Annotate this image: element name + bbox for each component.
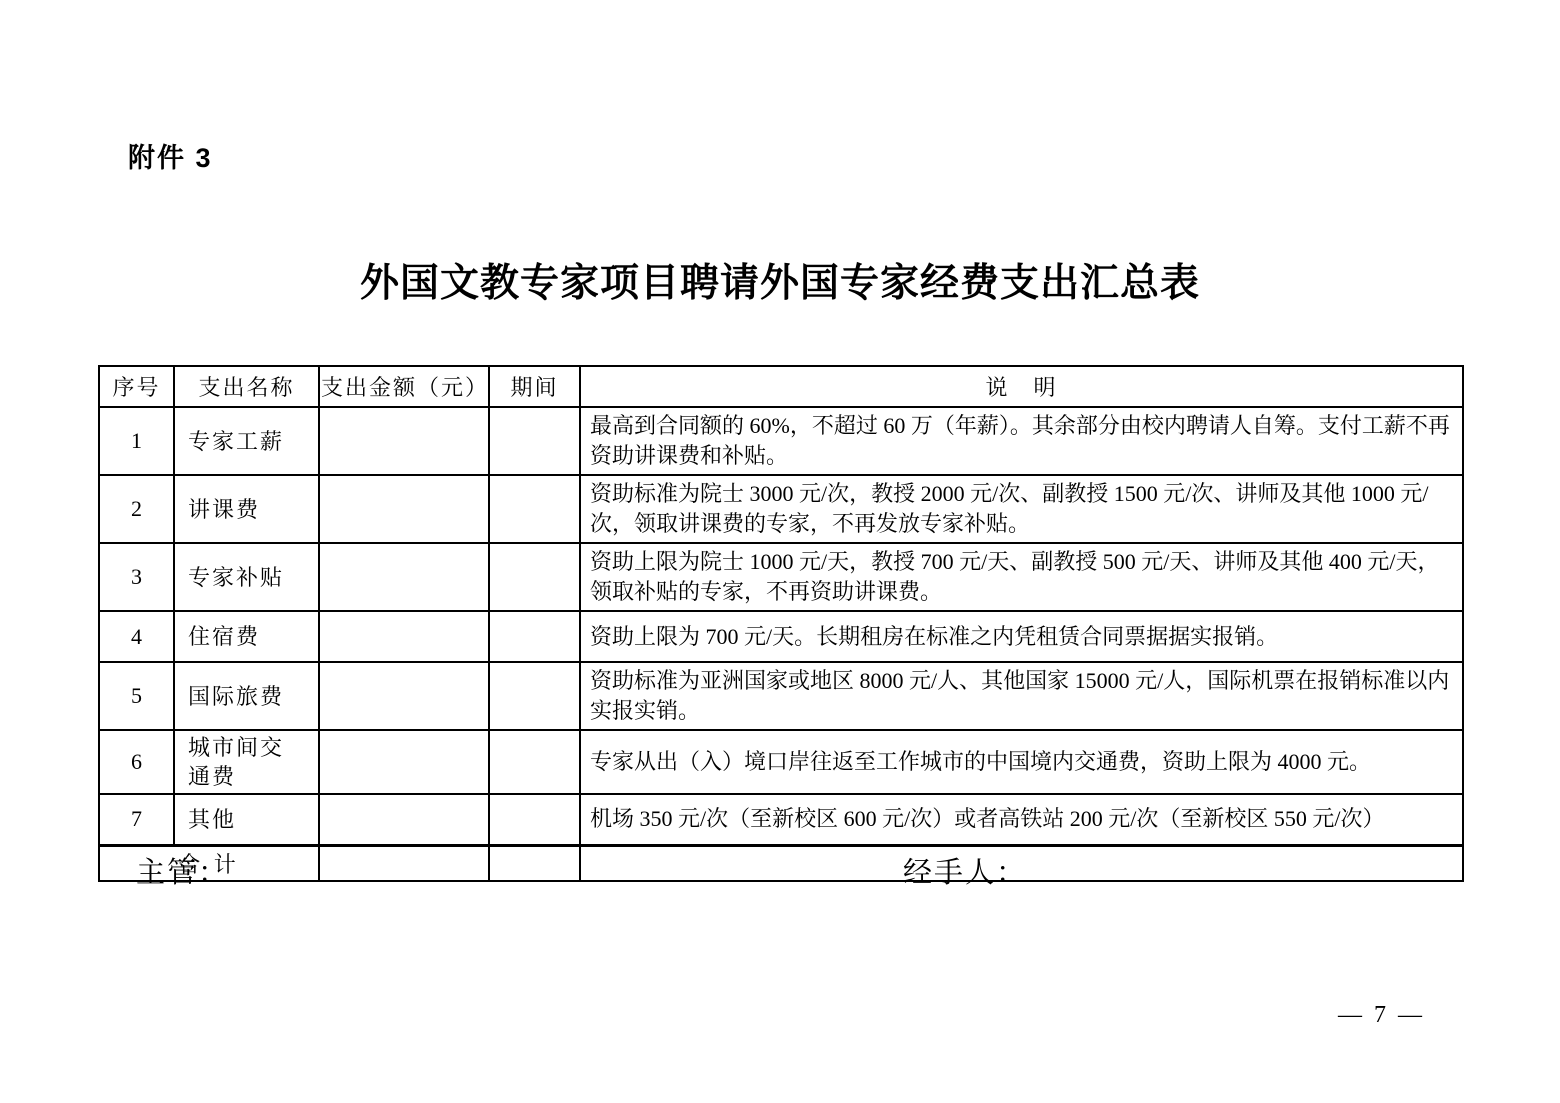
row-period	[489, 730, 580, 794]
table-row: 1 专家工薪 最高到合同额的 60%，不超过 60 万（年薪）。其余部分由校内聘…	[99, 407, 1463, 475]
col-header-period: 期间	[489, 366, 580, 407]
row-amount	[319, 543, 489, 611]
table-total-row: 合 计	[99, 845, 1463, 881]
row-period	[489, 407, 580, 475]
row-no: 4	[99, 611, 174, 662]
row-expense-name: 住宿费	[174, 611, 319, 662]
row-note: 机场 350 元/次（至新校区 600 元/次）或者高铁站 200 元/次（至新…	[580, 794, 1463, 845]
attachment-label: 附件 3	[128, 136, 213, 175]
table-row: 4 住宿费 资助上限为 700 元/天。长期租房在标准之内凭租赁合同票据据实报销…	[99, 611, 1463, 662]
table-row: 3 专家补贴 资助上限为院士 1000 元/天，教授 700 元/天、副教授 5…	[99, 543, 1463, 611]
table-row: 5 国际旅费 资助标准为亚洲国家或地区 8000 元/人、其他国家 15000 …	[99, 662, 1463, 730]
row-amount	[319, 662, 489, 730]
row-expense-name: 其他	[174, 794, 319, 845]
row-amount	[319, 475, 489, 543]
row-no: 2	[99, 475, 174, 543]
row-no: 5	[99, 662, 174, 730]
row-expense-name: 讲课费	[174, 475, 319, 543]
row-period	[489, 475, 580, 543]
row-period	[489, 611, 580, 662]
expense-summary-table: 序号 支出名称 支出金额（元） 期间 说 明 1 专家工薪 最高到合同额的 60…	[98, 365, 1464, 882]
row-expense-name: 国际旅费	[174, 662, 319, 730]
row-note: 资助上限为院士 1000 元/天，教授 700 元/天、副教授 500 元/天、…	[580, 543, 1463, 611]
table-header-row: 序号 支出名称 支出金额（元） 期间 说 明	[99, 366, 1463, 407]
row-note: 专家从出（入）境口岸往返至工作城市的中国境内交通费，资助上限为 4000 元。	[580, 730, 1463, 794]
row-expense-name: 专家补贴	[174, 543, 319, 611]
table-row: 7 其他 机场 350 元/次（至新校区 600 元/次）或者高铁站 200 元…	[99, 794, 1463, 845]
row-period	[489, 543, 580, 611]
row-note: 资助标准为院士 3000 元/次，教授 2000 元/次、副教授 1500 元/…	[580, 475, 1463, 543]
col-header-no: 序号	[99, 366, 174, 407]
row-no: 1	[99, 407, 174, 475]
row-note: 资助上限为 700 元/天。长期租房在标准之内凭租赁合同票据据实报销。	[580, 611, 1463, 662]
row-note: 最高到合同额的 60%，不超过 60 万（年薪）。其余部分由校内聘请人自筹。支付…	[580, 407, 1463, 475]
row-expense-name: 城市间交通费	[174, 730, 319, 794]
page-title: 外国文教专家项目聘请外国专家经费支出汇总表	[0, 252, 1560, 308]
total-amount	[319, 845, 489, 881]
row-no: 3	[99, 543, 174, 611]
col-header-name: 支出名称	[174, 366, 319, 407]
row-no: 7	[99, 794, 174, 845]
col-header-note: 说 明	[580, 366, 1463, 407]
col-header-amount: 支出金额（元）	[319, 366, 489, 407]
document-page: 附件 3 外国文教专家项目聘请外国专家经费支出汇总表 序号 支出名称 支出金额（…	[0, 0, 1560, 1103]
table-row: 6 城市间交通费 专家从出（入）境口岸往返至工作城市的中国境内交通费，资助上限为…	[99, 730, 1463, 794]
row-amount	[319, 611, 489, 662]
row-note: 资助标准为亚洲国家或地区 8000 元/人、其他国家 15000 元/人，国际机…	[580, 662, 1463, 730]
row-no: 6	[99, 730, 174, 794]
row-amount	[319, 794, 489, 845]
total-period	[489, 845, 580, 881]
page-number: — 7 —	[1338, 1002, 1425, 1029]
supervisor-signature-label: 主管：	[136, 850, 229, 891]
row-expense-name: 专家工薪	[174, 407, 319, 475]
row-period	[489, 794, 580, 845]
row-amount	[319, 407, 489, 475]
row-amount	[319, 730, 489, 794]
handler-signature-label: 经手人：	[903, 850, 1027, 891]
row-period	[489, 662, 580, 730]
table-row: 2 讲课费 资助标准为院士 3000 元/次，教授 2000 元/次、副教授 1…	[99, 475, 1463, 543]
